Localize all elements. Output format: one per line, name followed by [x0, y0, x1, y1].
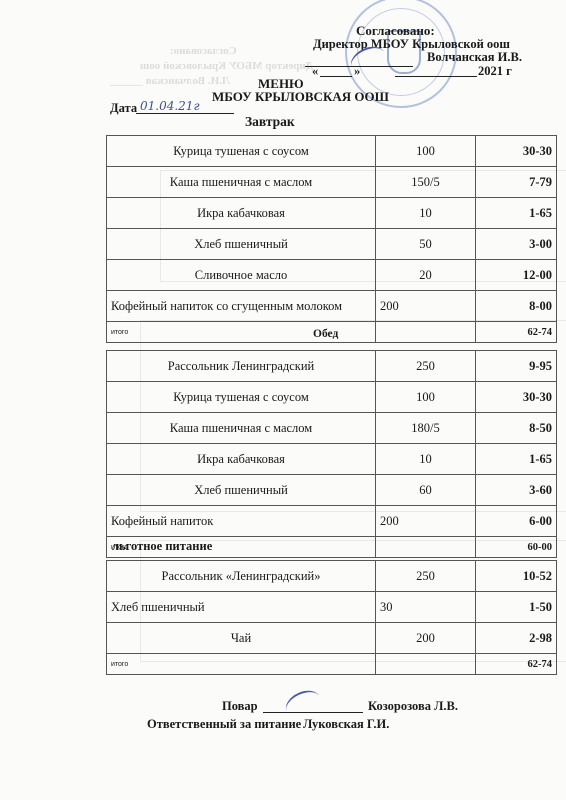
dish-price: 8-00 [476, 291, 557, 322]
breakfast-table: Курица тушеная с соусом 100 30-30 Каша п… [106, 135, 557, 343]
dish-name: Рассольник Ленинградский [107, 351, 376, 382]
dish-qty: 250 [376, 351, 476, 382]
dish-price: 2-98 [476, 623, 557, 654]
dish-qty: 10 [376, 444, 476, 475]
dish-name: Курица тушеная с соусом [107, 382, 376, 413]
dish-name: Икра кабачковая [107, 444, 376, 475]
dish-price: 9-95 [476, 351, 557, 382]
date-value: 01.04.21г [140, 99, 200, 113]
dish-name: Чай [107, 623, 376, 654]
approval-signatory: Волчанская И.В. [427, 50, 522, 65]
dish-name: Хлеб пшеничный [107, 475, 376, 506]
dish-qty: 150/5 [376, 167, 476, 198]
dish-price: 30-30 [476, 136, 557, 167]
total-price: 62-74 [476, 322, 557, 343]
benefit-table: Рассольник «Ленинградский» 250 10-52 Хле… [106, 560, 557, 675]
total-qty-empty [376, 322, 476, 343]
dish-name: Хлеб пшеничный [107, 229, 376, 260]
table-row: Кофейный напиток со сгущенным молоком 20… [107, 291, 557, 322]
dish-price: 12-00 [476, 260, 557, 291]
table-row: Хлеб пшеничный 60 3-60 [107, 475, 557, 506]
total-label: итого [107, 654, 376, 675]
dish-qty: 20 [376, 260, 476, 291]
dish-name: Каша пшеничная с маслом [107, 413, 376, 444]
dish-qty: 200 [376, 291, 476, 322]
dish-name: Хлеб пшеничный [107, 592, 376, 623]
ghost-text: Директор МБОУ Крыловской оош [140, 60, 313, 72]
dish-price: 6-00 [476, 506, 557, 537]
dish-name: Каша пшеничная с маслом [107, 167, 376, 198]
table-row: Икра кабачковая 10 1-65 [107, 444, 557, 475]
approval-day-line [320, 64, 352, 77]
dish-price: 3-60 [476, 475, 557, 506]
responsible-label: Ответственный за питание [147, 717, 301, 732]
total-price: 62-74 [476, 654, 557, 675]
table-row: Чай 200 2-98 [107, 623, 557, 654]
total-qty-empty [376, 654, 476, 675]
dish-qty: 100 [376, 382, 476, 413]
dish-qty: 10 [376, 198, 476, 229]
dish-price: 1-65 [476, 444, 557, 475]
dish-qty: 180/5 [376, 413, 476, 444]
dish-qty: 100 [376, 136, 476, 167]
table-row: Хлеб пшеничный 50 3-00 [107, 229, 557, 260]
ghost-text: Согласовано: [170, 45, 237, 57]
approval-year: 2021 г [478, 64, 512, 79]
section-title-lunch: Обед [313, 328, 338, 340]
dish-price: 8-50 [476, 413, 557, 444]
approval-date-quote-close: » [354, 64, 360, 79]
dish-price: 1-50 [476, 592, 557, 623]
dish-qty: 250 [376, 561, 476, 592]
responsible-name: Луковская Г.И. [303, 717, 389, 732]
section-title-benefit: льготное питание [112, 539, 212, 554]
cook-name: Козорозова Л.В. [368, 699, 458, 714]
table-row: Хлеб пшеничный 30 1-50 [107, 592, 557, 623]
dish-price: 10-52 [476, 561, 557, 592]
table-row: Курица тушеная с соусом 100 30-30 [107, 382, 557, 413]
date-field: 01.04.21г [136, 99, 234, 114]
dish-price: 7-79 [476, 167, 557, 198]
approval-date-quote-open: « [312, 64, 318, 79]
dish-name: Сливочное масло [107, 260, 376, 291]
dish-price: 3-00 [476, 229, 557, 260]
lunch-table: Рассольник Ленинградский 250 9-95 Курица… [106, 350, 557, 558]
table-row: Рассольник Ленинградский 250 9-95 [107, 351, 557, 382]
table-row: Каша пшеничная с маслом 180/5 8-50 [107, 413, 557, 444]
dish-name: Кофейный напиток со сгущенным молоком [107, 291, 376, 322]
dish-name: Кофейный напиток [107, 506, 376, 537]
dish-qty: 60 [376, 475, 476, 506]
table-row: Сливочное масло 20 12-00 [107, 260, 557, 291]
dish-qty: 30 [376, 592, 476, 623]
dish-name: Рассольник «Ленинградский» [107, 561, 376, 592]
approval-month-line [395, 64, 477, 77]
cook-label: Повар [222, 699, 258, 714]
school-name: МБОУ КРЫЛОВСКАЯ ООШ [212, 89, 389, 105]
dish-price: 1-65 [476, 198, 557, 229]
dish-name: Икра кабачковая [107, 198, 376, 229]
dish-name: Курица тушеная с соусом [107, 136, 376, 167]
date-label: Дата [110, 101, 137, 116]
section-title-breakfast: Завтрак [245, 114, 295, 130]
dish-qty: 200 [376, 623, 476, 654]
table-row: Каша пшеничная с маслом 150/5 7-79 [107, 167, 557, 198]
dish-price: 30-30 [476, 382, 557, 413]
table-row: Рассольник «Ленинградский» 250 10-52 [107, 561, 557, 592]
dish-qty: 200 [376, 506, 476, 537]
total-price: 60-00 [476, 537, 557, 558]
ghost-text: Л.И. Волчанская ______ [110, 75, 230, 87]
dish-qty: 50 [376, 229, 476, 260]
table-row: Курица тушеная с соусом 100 30-30 [107, 136, 557, 167]
total-qty-empty [376, 537, 476, 558]
total-row: итого 62-74 [107, 654, 557, 675]
table-row: Кофейный напиток 200 6-00 [107, 506, 557, 537]
table-row: Икра кабачковая 10 1-65 [107, 198, 557, 229]
